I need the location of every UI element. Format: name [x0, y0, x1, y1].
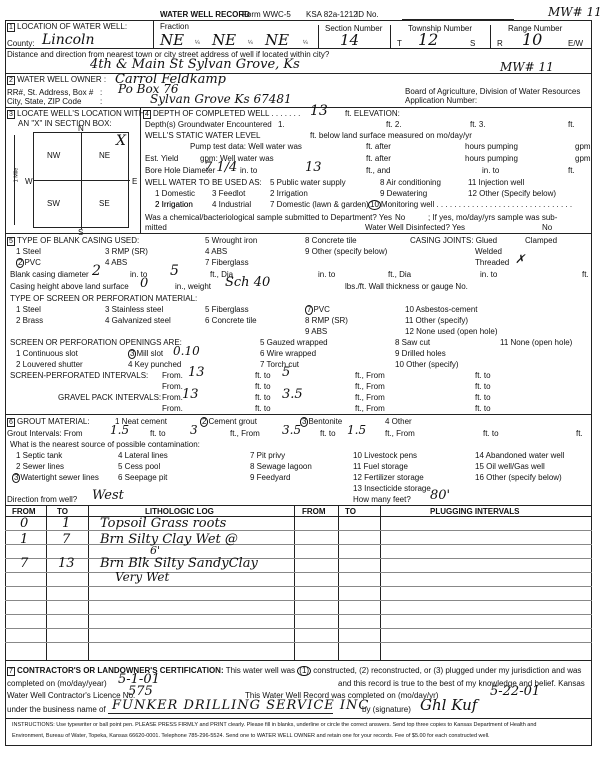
feet-field[interactable]: 80' [430, 488, 450, 503]
city-field[interactable]: Sylvan Grove Ks 67481 [150, 92, 292, 106]
casing-fiberglass[interactable]: 7 Fiberglass [205, 258, 249, 267]
section-box[interactable]: NW NE SW SE X [33, 132, 129, 228]
blank-depth-field[interactable]: 5 [170, 263, 179, 279]
business-name-field[interactable]: FUNKER DRILLING SERVICE INC [112, 698, 369, 713]
application-label: Application Number: [405, 96, 477, 105]
casing-asbestos[interactable]: 4 ABS [205, 247, 227, 256]
section2-title: 2WATER WELL OWNER : [7, 75, 106, 85]
form-title: WATER WELL RECORD [160, 10, 250, 19]
sample-no[interactable]: No [395, 213, 405, 222]
source-watertight[interactable]: 3Watertight sewer lines [12, 473, 99, 483]
log-header-lithologic: LITHOLOGIC LOG [145, 507, 214, 516]
joint-threaded[interactable]: Threaded [475, 258, 509, 267]
address-label: RR#, St. Address, Box # [7, 88, 93, 97]
distance-field[interactable]: 4th & Main St Sylvan Grove, Ks [90, 57, 300, 72]
casing-pvc[interactable]: 2PVC [16, 258, 41, 268]
instructions-line1: INSTRUCTIONS: Use typewriter or ball poi… [12, 722, 536, 728]
fraction-3[interactable]: NE [265, 31, 289, 49]
log-header-to: TO [57, 507, 68, 516]
grout-to-2-field[interactable]: 1.5 [347, 423, 366, 437]
direction-field[interactable]: West [92, 488, 124, 503]
fraction-1[interactable]: NE [160, 31, 184, 49]
fraction-2[interactable]: NE [212, 31, 236, 49]
casing-height-field[interactable]: 0 [140, 276, 148, 291]
nw-label: NW [47, 151, 60, 160]
location-mark: X [116, 133, 126, 149]
id-label: ID No. [356, 10, 379, 19]
id-value: MW# 11 [548, 5, 600, 19]
weight-field[interactable]: Sch 40 [225, 275, 270, 290]
range-field[interactable]: 10 [522, 30, 542, 49]
casing-rmp[interactable]: 3 RMP (SR) [105, 247, 148, 256]
joint-welded[interactable]: Welded [475, 247, 502, 256]
grout-to-1-field[interactable]: 3 [190, 423, 198, 437]
use-industrial[interactable]: 4 Industrial [212, 200, 251, 209]
opening-mill-slot[interactable]: 3Mill slot [128, 349, 163, 359]
form-number: Form WWC-5 [242, 10, 291, 19]
ksa-ref: KSA 82a-1212 [306, 10, 358, 19]
county-label: County: [7, 39, 35, 48]
section1-title: 1LOCATION OF WATER WELL: [7, 22, 127, 32]
sw-label: SW [47, 199, 60, 208]
screen-from-field[interactable]: 13 [188, 365, 205, 380]
grout-from-1-field[interactable]: 1.5 [110, 423, 129, 437]
use-domestic-lawn[interactable]: 7 Domestic (lawn & garden) [270, 200, 369, 209]
section7-title: 7CONTRACTOR'S OR LANDOWNER'S CERTIFICATI… [7, 666, 581, 676]
casing-abs-label[interactable]: 4 ABS [105, 258, 127, 267]
mile-label: 1 Mile [13, 168, 19, 183]
range-direction[interactable]: E/W [568, 39, 583, 48]
ne-label: NE [99, 151, 110, 160]
fraction-label: Fraction [160, 22, 189, 31]
plug-header-from: FROM [302, 507, 326, 516]
log-header-from: FROM [12, 507, 36, 516]
use-irrigation-visible[interactable]: 2 Irrigation [155, 200, 193, 209]
township-field[interactable]: 12 [418, 30, 438, 49]
quarter-mark: ¼ [303, 40, 308, 46]
grout-cement[interactable]: 2Cement grout [200, 417, 257, 427]
screen-to-field[interactable]: 5 [282, 365, 290, 380]
licence-field[interactable]: 575 [128, 684, 153, 699]
section6-title: 6GROUT MATERIAL: [7, 417, 90, 427]
county-field[interactable]: Lincoln [42, 32, 95, 48]
use-monitoring-well[interactable]: 10Monitoring well . . . . . . . . . . . … [368, 200, 572, 210]
plug-header-to: TO [345, 507, 356, 516]
joint-clamped[interactable]: Clamped [525, 236, 557, 245]
quarter-mark: ¼ [195, 40, 200, 46]
gravel-to-field[interactable]: 3.5 [282, 387, 303, 402]
distance-note: MW# 11 [500, 60, 554, 74]
record-date-field[interactable]: 5-22-01 [490, 684, 540, 699]
gravel-from-field[interactable]: 13 [182, 387, 199, 402]
quarter-mark: ¼ [248, 40, 253, 46]
grout-bentonite[interactable]: 3Bentonite [300, 417, 342, 427]
blank-diameter-field[interactable]: 2 [92, 263, 101, 279]
disinfected-no[interactable]: No [542, 223, 552, 232]
city-label: City, State, ZIP Code [7, 97, 81, 106]
casing-other[interactable]: 9 Other (specify below) [305, 247, 387, 256]
plug-header-intervals: PLUGGING INTERVALS [430, 507, 520, 516]
slot-size-field[interactable]: 0.10 [173, 344, 200, 358]
board-label: Board of Agriculture, Division of Water … [405, 87, 580, 96]
instructions-line2: Environment, Bureau of Water, Topeka, Ka… [12, 733, 490, 739]
section5-title: 5TYPE OF BLANK CASING USED: [7, 236, 139, 246]
screen-pvc[interactable]: 7PVC [305, 305, 330, 315]
section4-title: 4DEPTH OF COMPLETED WELL . . . . . . . [143, 109, 300, 119]
signature-field[interactable]: Ghl Kuf [420, 696, 477, 714]
grout-from-2-field[interactable]: 3.5 [282, 423, 301, 437]
bore-depth-field[interactable]: 13 [305, 160, 322, 175]
section3-title: 3LOCATE WELL'S LOCATION WITH [7, 109, 144, 119]
depth-field[interactable]: 13 [310, 103, 328, 119]
se-label: SE [99, 199, 110, 208]
bore-diameter-field[interactable]: 7 1/4 [204, 160, 237, 175]
section-number-field[interactable]: 14 [340, 31, 359, 49]
